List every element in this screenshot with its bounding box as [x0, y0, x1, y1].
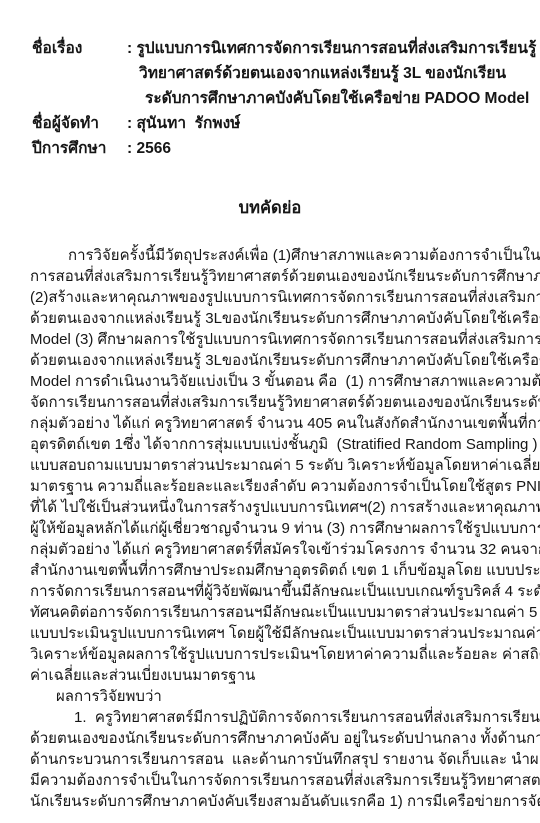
- text-line: (2)สร้างและหาคุณภาพของรูปแบบการนิเทศการจ…: [30, 287, 540, 308]
- author-value: : สุนันทา รักพงษ์: [127, 111, 240, 136]
- text-line: Model (3) ศึกษาผลการใช้รูปแบบการนิเทศการ…: [30, 329, 540, 350]
- text-line: ที่ได้ ไปใช้เป็นส่วนหนึ่งในการสร้างรูปแบ…: [30, 497, 540, 518]
- author-label: ชื่อผู้จัดทำ: [32, 111, 127, 136]
- document-header: ชื่อเรื่อง : รูปแบบการนิเทศการจัดการเรีย…: [32, 36, 520, 161]
- year-label: ปีการศึกษา: [32, 136, 127, 161]
- text-line: : รูปแบบการนิเทศการจัดการเรียนการสอนที่ส…: [127, 36, 536, 61]
- text-line: ด้วยตนเองจากแหล่งเรียนรู้ 3Lของนักเรียนร…: [30, 308, 540, 329]
- text-line: ค่าเฉลี่ยและส่วนเบี่ยงเบนมาตรฐาน: [30, 665, 540, 686]
- text-line: วิทยาศาสตร์ด้วยตนเองจากแหล่งเรียนรู้ 3L …: [127, 61, 536, 86]
- text-line: นักเรียนระดับการศึกษาภาคบังคับเรียงสามอั…: [30, 791, 540, 812]
- text-line: ด้วยตนเองจากแหล่งเรียนรู้ 3Lของนักเรียนร…: [30, 350, 540, 371]
- text-line: มาตรฐาน ความถี่และร้อยละและเรียงลำดับ คว…: [30, 476, 540, 497]
- text-line: สำนักงานเขตพื้นที่การศึกษาประถมศึกษาอุตร…: [30, 560, 540, 581]
- year-value: : 2566: [127, 136, 171, 161]
- text-line: วิเคราะห์ข้อมูลผลการใช้รูปแบบการประเมินฯ…: [30, 644, 540, 665]
- text-line: กลุ่มตัวอย่าง ได้แก่ ครูวิทยาศาสตร์ จำนว…: [30, 413, 540, 434]
- text-line: การสอนที่ส่งเสริมการเรียนรู้วิทยาศาสตร์ด…: [30, 266, 540, 287]
- document-page: ชื่อเรื่อง : รูปแบบการนิเทศการจัดการเรีย…: [0, 0, 540, 823]
- text-line: ระดับการศึกษาภาคบังคับโดยใช้เครือข่าย PA…: [127, 86, 536, 111]
- text-line: กลุ่มตัวอย่าง ได้แก่ ครูวิทยาศาสตร์ที่สม…: [30, 539, 540, 560]
- year-row: ปีการศึกษา : 2566: [32, 136, 520, 161]
- text-line: มีความต้องการจำเป็นในการจัดการเรียนการสอ…: [30, 770, 540, 791]
- text-line: อุตรดิตถ์เขต 1ซึ่ง ได้จากการสุ่มแบบแบ่งช…: [30, 434, 540, 455]
- text-line: ด้วยตนเองของนักเรียนระดับการศึกษาภาคบังค…: [30, 728, 540, 749]
- text-line: การจัดการเรียนการสอนฯที่ผู้วิจัยพัฒนาขึ้…: [30, 581, 540, 602]
- abstract-heading: บทคัดย่อ: [0, 196, 540, 221]
- text-line: แบบสอบถามแบบมาตราส่วนประมาณค่า 5 ระดับ ว…: [30, 455, 540, 476]
- document-title: : รูปแบบการนิเทศการจัดการเรียนการสอนที่ส…: [127, 36, 536, 111]
- text-line: ผู้ให้ข้อมูลหลักได้แก่ผู้เชี่ยวชาญจำนวน …: [30, 518, 540, 539]
- author-row: ชื่อผู้จัดทำ : สุนันทา รักพงษ์: [32, 111, 520, 136]
- text-line: ด้านกระบวนการเรียนการสอน และด้านการบันทึ…: [30, 749, 540, 770]
- abstract-paragraph: การวิจัยครั้งนี้มีวัตถุประสงค์เพื่อ (1)ศ…: [30, 245, 540, 686]
- title-row: ชื่อเรื่อง : รูปแบบการนิเทศการจัดการเรีย…: [32, 36, 520, 111]
- text-line: การวิจัยครั้งนี้มีวัตถุประสงค์เพื่อ (1)ศ…: [30, 245, 540, 266]
- result-item-1: 1. ครูวิทยาศาสตร์มีการปฏิบัติการจัดการเร…: [30, 707, 540, 812]
- text-line: แบบประเมินรูปแบบการนิเทศฯ โดยผู้ใช้มีลัก…: [30, 623, 540, 644]
- text-line: ทัศนคติต่อการจัดการเรียนการสอนฯมีลักษณะเ…: [30, 602, 540, 623]
- text-line: 1. ครูวิทยาศาสตร์มีการปฏิบัติการจัดการเร…: [30, 707, 540, 728]
- text-line: Model การดำเนินงานวิจัยแบ่งเป็น 3 ขั้นตอ…: [30, 371, 540, 392]
- text-line: จัดการเรียนการสอนที่ส่งเสริมการเรียนรู้ว…: [30, 392, 540, 413]
- results-intro: ผลการวิจัยพบว่า: [56, 686, 162, 707]
- title-label: ชื่อเรื่อง: [32, 36, 127, 61]
